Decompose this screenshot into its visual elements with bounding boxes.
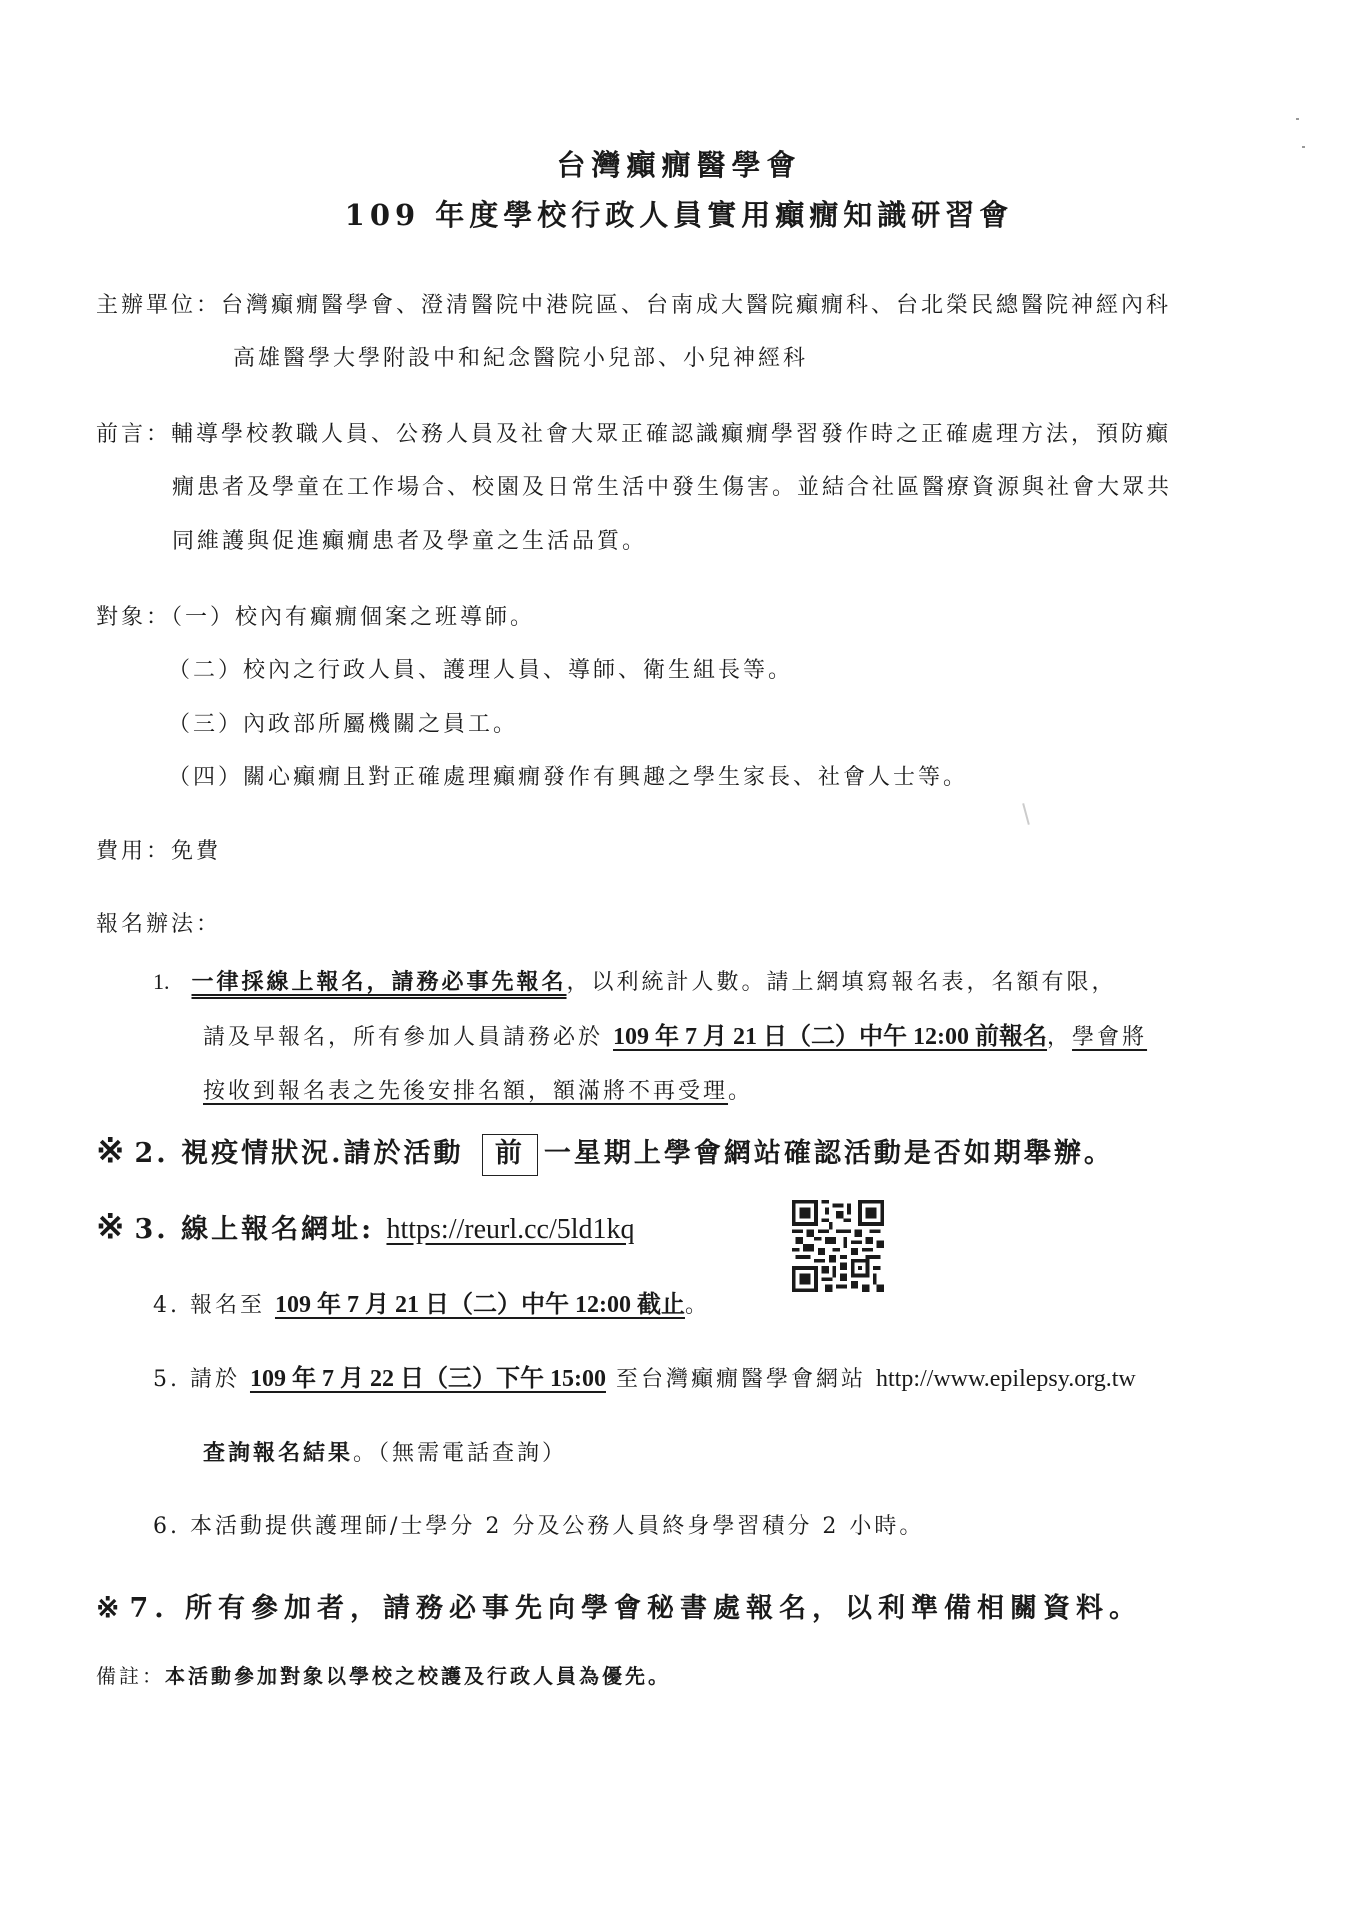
registration-item1-line2: 請及早報名，所有參加人員請務必於 109 年 7 月 21 日（二）中午 12:… (203, 1022, 1147, 1053)
remark-text: 本活動參加對象以學校之校護及行政人員為優先。 (165, 1664, 671, 1688)
registration-item2: ※2. 視疫情狀況.請於活動 前一星期上學會網站確認活動是否如期舉辦。 (96, 1131, 1114, 1176)
item4-deadline: 109 年 7 月 21 日（二）中午 12:00 截止 (275, 1292, 685, 1318)
registration-item1-line3: 按收到報名表之先後安排名額，額滿將不再受理。 (203, 1077, 753, 1107)
fee-line: 費用：免費 (96, 837, 221, 867)
organizers-line2: 高雄醫學大學附設中和紀念醫院小兒部、小兒神經科 (233, 344, 808, 374)
item7-text: 7. 所有參加者，請務必事先向學會秘書處報名，以利準備相關資料。 (129, 1593, 1142, 1624)
item1-emphasis: 一律採線上報名，請務必事先報名 (192, 969, 567, 995)
reference-mark-icon: ※ (96, 1131, 125, 1171)
remark-label: 備註： (96, 1664, 165, 1688)
item5-datetime: 109 年 7 月 22 日（三）下午 15:00 (250, 1366, 606, 1392)
fee-value: 免費 (171, 839, 221, 864)
qr-code-icon[interactable] (790, 1200, 886, 1292)
item3-label: 3. 線上報名網址: (135, 1214, 375, 1245)
item1-line3-end: 。 (728, 1079, 753, 1104)
item4-prefix: 4. 報名至 (153, 1293, 265, 1318)
registration-url-link[interactable]: https://reurl.cc/5ld1kq (386, 1214, 634, 1245)
registration-item6: 6. 本活動提供護理師/士學分 2 分及公務人員終身學習積分 2 小時。 (153, 1512, 924, 1542)
item1-line2-end: 學會將 (1072, 1025, 1147, 1050)
item5-line2-rest: 。（無需電話查詢） (353, 1441, 567, 1466)
reference-mark-icon: ※ (96, 1207, 125, 1247)
item2-text-after: 一星期上學會網站確認活動是否如期舉辦。 (544, 1138, 1114, 1169)
registration-label: 報名辦法： (96, 910, 221, 940)
organization-title: 台灣癲癇醫學會 (0, 143, 1358, 184)
item1-line3: 按收到報名表之先後安排名額，額滿將不再受理 (203, 1079, 728, 1104)
item5-line2-bold: 查詢報名結果 (203, 1440, 353, 1466)
audience-item-4: （四）關心癲癇且對正確處理癲癇發作有興趣之學生家長、社會人士等。 (168, 763, 968, 793)
preface-line2: 癇患者及學童在工作場合、校園及日常生活中發生傷害。並結合社區醫療資源與社會大眾共 (172, 473, 1172, 503)
preface-line1: 前言：輔導學校教職人員、公務人員及社會大眾正確認識癲癇學習發作時之正確處理方法，… (96, 420, 1171, 450)
registration-item3: ※3. 線上報名網址: https://reurl.cc/5ld1kq (96, 1207, 635, 1247)
preface-text-1: 輔導學校教職人員、公務人員及社會大眾正確認識癲癇學習發作時之正確處理方法，預防癲 (171, 422, 1171, 447)
audience-line1: 對象：（一）校內有癲癇個案之班導師。 (96, 603, 535, 633)
reference-mark-icon: ※ (96, 1591, 119, 1624)
fee-label: 費用： (96, 839, 171, 864)
item2-text-before: 2. 視疫情狀況.請於活動 (135, 1138, 464, 1169)
item2-boxed-word: 前 (482, 1134, 538, 1176)
registration-item4: 4. 報名至 109 年 7 月 21 日（二）中午 12:00 截止。 (153, 1290, 710, 1321)
registration-item7: ※7. 所有參加者，請務必事先向學會秘書處報名，以利準備相關資料。 (96, 1586, 1142, 1625)
item1-line1-rest: ，以利統計人數。請上網填寫報名表，名額有限， (567, 970, 1117, 995)
preface-line3: 同維護與促進癲癇患者及學童之生活品質。 (172, 527, 647, 557)
item5-prefix: 5. 請於 (153, 1367, 240, 1392)
organizers-line1: 主辦單位：台灣癲癇醫學會、澄清醫院中港院區、台南成大醫院癲癇科、台北榮民總醫院神… (96, 291, 1171, 321)
scan-speck (1022, 803, 1030, 825)
item4-suffix: 。 (685, 1293, 710, 1318)
organizers-label: 主辦單位： (96, 293, 221, 318)
item5-middle: 至台灣癲癇醫學會網站 (616, 1367, 866, 1392)
registration-item5-line2: 查詢報名結果。（無需電話查詢） (203, 1438, 567, 1469)
item1-number: 1. (153, 969, 170, 994)
remark-line: 備註：本活動參加對象以學校之校護及行政人員為優先。 (96, 1660, 671, 1689)
audience-item-1: （一）校內有癲癇個案之班導師。 (171, 605, 535, 630)
scan-speck (1302, 146, 1305, 148)
document-page: 台灣癲癇醫學會 109 年度學校行政人員實用癲癇知識研習會 主辦單位：台灣癲癇醫… (0, 0, 1358, 1920)
society-website-link[interactable]: http://www.epilepsy.org.tw (876, 1366, 1136, 1392)
item1-line2-comma: ， (1047, 1025, 1072, 1050)
audience-label: 對象： (96, 605, 171, 630)
registration-item5-line1: 5. 請於 109 年 7 月 22 日（三）下午 15:00 至台灣癲癇醫學會… (153, 1364, 1136, 1395)
item1-line2-start: 請及早報名，所有參加人員請務必於 (203, 1025, 603, 1050)
registration-item1-line1: 1. 一律採線上報名，請務必事先報名，以利統計人數。請上網填寫報名表，名額有限， (153, 967, 1117, 998)
audience-item-2: （二）校內之行政人員、護理人員、導師、衛生組長等。 (168, 656, 793, 686)
organizers-text-1: 台灣癲癇醫學會、澄清醫院中港院區、台南成大醫院癲癇科、台北榮民總醫院神經內科 (221, 293, 1171, 318)
audience-item-3: （三）內政部所屬機關之員工。 (168, 710, 518, 740)
event-title: 109 年度學校行政人員實用癲癇知識研習會 (0, 193, 1358, 234)
scan-speck (1296, 118, 1299, 120)
item1-deadline: 109 年 7 月 21 日（二）中午 12:00 前報名 (613, 1024, 1047, 1050)
preface-label: 前言： (96, 422, 171, 447)
